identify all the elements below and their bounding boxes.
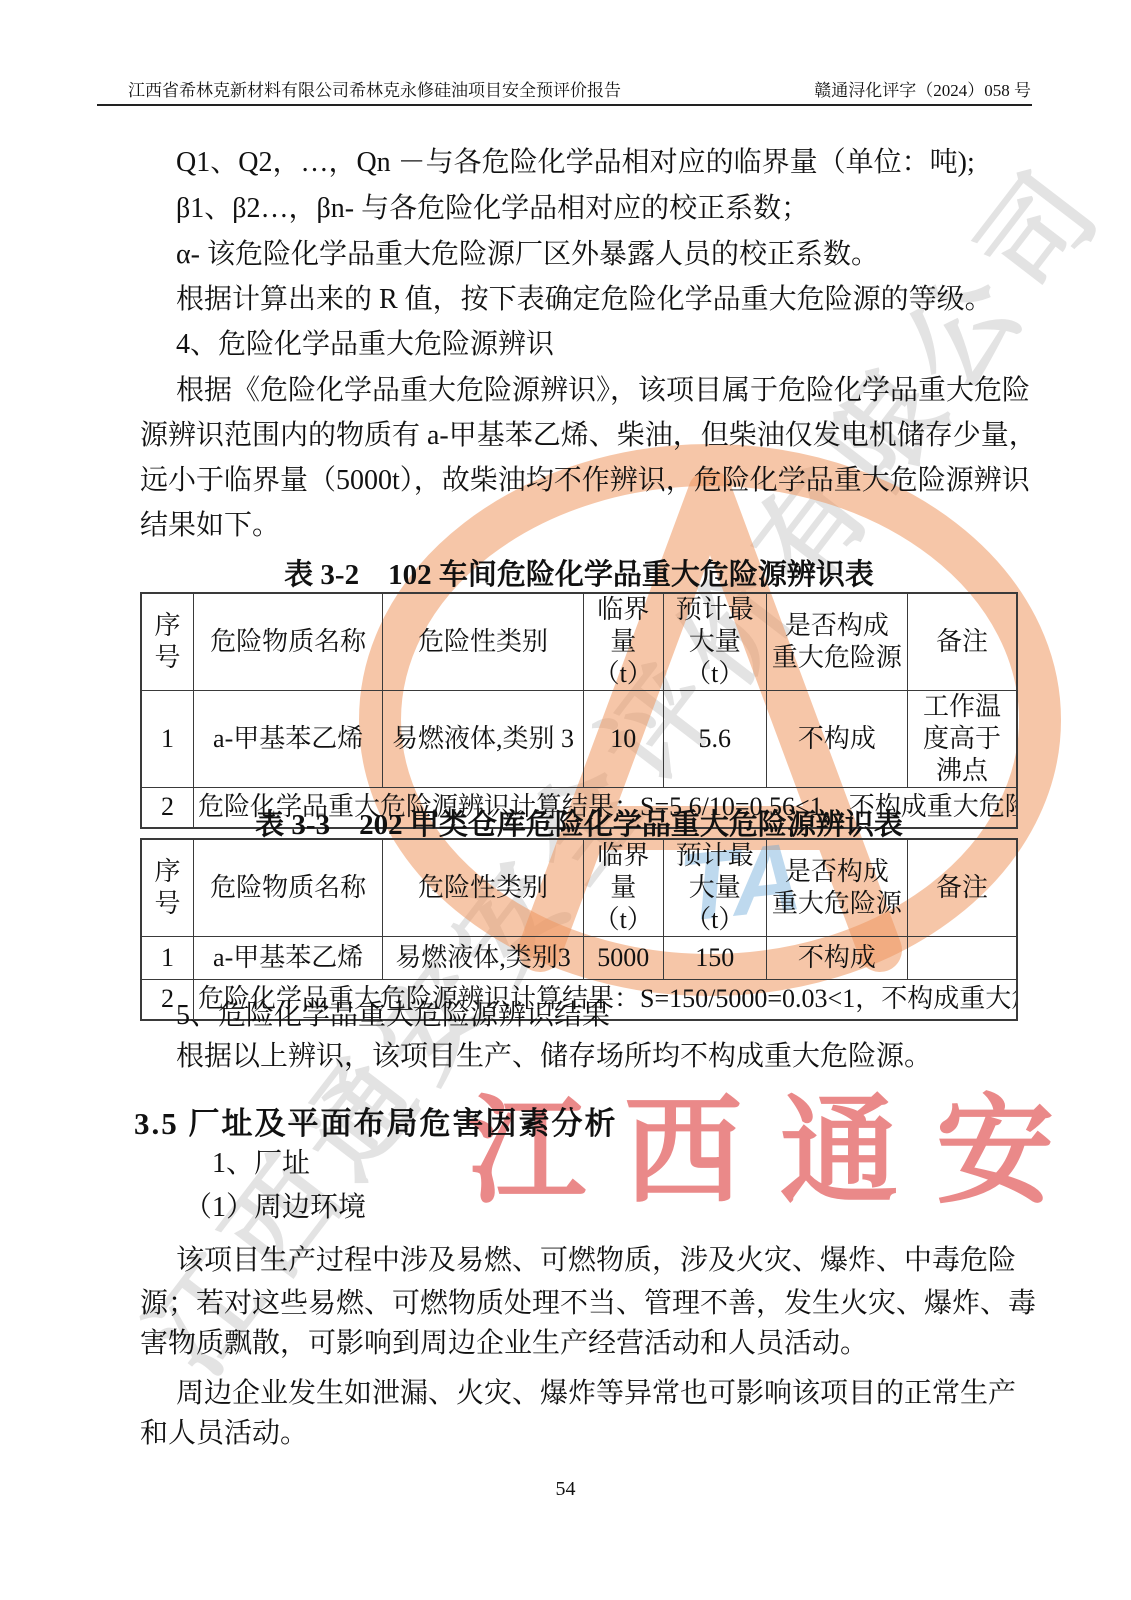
table-cell-seq: 1 xyxy=(141,691,194,788)
table-row: 序 号 危险物质名称 危险性类别 临界 量（t） 预计最 大量（t） 是否构成 … xyxy=(141,593,1017,691)
table-header-max: 预计最 大量（t） xyxy=(663,593,766,691)
body-line-para1c: 远小于临界量（5000t），故柴油均不作辨识，危险化学品重大危险源辨识 xyxy=(140,466,1030,496)
table-3-3-caption: 表 3-3 202 甲类仓库危险化学品重大危险源辨识表 xyxy=(140,802,1018,843)
table-header-critical: 临界 量（t） xyxy=(583,839,663,937)
header-left-title: 江西省希林克新材料有限公司希林克永修硅油项目安全预评价报告 xyxy=(128,76,621,101)
table-header-class: 危险性类别 xyxy=(383,593,584,691)
body-line-result: 根据以上辨识，该项目生产、储存场所均不构成重大危险源。 xyxy=(140,1042,932,1072)
section-heading-3-5: 3.5 厂址及平面布局危害因素分析 xyxy=(134,1098,618,1143)
body-line-q-definition: Q1、Q2，…，Qn －与各危险化学品相对应的临界量（单位：吨); xyxy=(140,148,975,178)
body-line-para1d: 结果如下。 xyxy=(140,511,280,541)
document-page: 江西通安安全评价有限公司 TA 江西通安 江西省希林克新材料有限公司希林克永修硅… xyxy=(0,0,1131,1600)
table-row: 序 号 危险物质名称 危险性类别 临界 量（t） 预计最 大量（t） 是否构成 … xyxy=(141,839,1017,937)
table-cell-name: a-甲基苯乙烯 xyxy=(194,691,383,788)
table-header-name: 危险物质名称 xyxy=(194,839,383,937)
table-header-name: 危险物质名称 xyxy=(194,593,383,691)
hazard-table-102: 序 号 危险物质名称 危险性类别 临界 量（t） 预计最 大量（t） 是否构成 … xyxy=(140,592,1018,829)
hazard-table-202: 序 号 危险物质名称 危险性类别 临界 量（t） 预计最 大量（t） 是否构成 … xyxy=(140,838,1018,1021)
body-line-para2c: 害物质飘散，可影响到周边企业生产经营活动和人员活动。 xyxy=(140,1329,868,1359)
body-line-r-value: 根据计算出来的 R 值，按下表确定危险化学品重大危险源的等级。 xyxy=(140,285,993,315)
page-content: 江西省希林克新材料有限公司希林克永修硅油项目安全预评价报告 赣通浔化评字（202… xyxy=(0,0,1131,1600)
table-row: 1 a-甲基苯乙烯 易燃液体,类别 3 10 5.6 不构成 工作温度高于沸点 xyxy=(141,691,1017,788)
table-cell-class: 易燃液体,类别3 xyxy=(383,937,584,980)
table-cell-seq: 1 xyxy=(141,937,194,980)
table-header-max: 预计最 大量（t） xyxy=(663,839,766,937)
table-cell-critical: 10 xyxy=(583,691,663,788)
table-cell-name: a-甲基苯乙烯 xyxy=(194,937,383,980)
body-line-para2a: 该项目生产过程中涉及易燃、可燃物质，涉及火灾、爆炸、中毒危险 xyxy=(140,1246,1016,1276)
table-cell-remark xyxy=(907,937,1017,980)
table-3-2-caption: 表 3-2 102 车间危险化学品重大危险源辨识表 xyxy=(140,552,1018,593)
table-cell-max: 5.6 xyxy=(663,691,766,788)
table-header-remark: 备注 xyxy=(907,593,1017,691)
body-line-para1a: 根据《危险化学品重大危险源辨识》，该项目属于危险化学品重大危险 xyxy=(140,376,1030,406)
body-line-para3b: 和人员活动。 xyxy=(140,1419,308,1449)
table-cell-class: 易燃液体,类别 3 xyxy=(383,691,584,788)
table-cell-major: 不构成 xyxy=(766,937,907,980)
table-header-class: 危险性类别 xyxy=(383,839,584,937)
table-header-seq: 序 号 xyxy=(141,593,194,691)
body-line-beta-definition: β1、β2…，βn- 与各危险化学品相对应的校正系数； xyxy=(140,194,809,224)
body-line-item4: 4、危险化学品重大危险源辨识 xyxy=(140,330,554,360)
header-right-code: 赣通浔化评字（2024）058 号 xyxy=(814,76,1031,101)
body-line-para2b: 源；若对这些易燃、可燃物质处理不当、管理不善，发生火灾、爆炸、毒 xyxy=(140,1289,1036,1319)
page-number: 54 xyxy=(0,1478,1131,1501)
body-line-para3a: 周边企业发生如泄漏、火灾、爆炸等异常也可影响该项目的正常生产 xyxy=(140,1379,1016,1409)
header-rule xyxy=(97,104,1032,106)
table-header-critical: 临界 量（t） xyxy=(583,593,663,691)
body-line-item5: 5、危险化学品重大危险源辨识结果 xyxy=(140,1001,610,1031)
body-line-para1b: 源辨识范围内的物质有 a-甲基苯乙烯、柴油，但柴油仅发电机储存少量， xyxy=(140,421,1037,451)
table-cell-max: 150 xyxy=(663,937,766,980)
table-header-seq: 序 号 xyxy=(141,839,194,937)
table-cell-critical: 5000 xyxy=(583,937,663,980)
body-line-site: 1、厂址 xyxy=(140,1149,310,1179)
table-cell-major: 不构成 xyxy=(766,691,907,788)
table-cell-remark: 工作温度高于沸点 xyxy=(907,691,1017,788)
table-header-major: 是否构成 重大危险源 xyxy=(766,839,907,937)
body-line-alpha-definition: α- 该危险化学品重大危险源厂区外暴露人员的校正系数。 xyxy=(140,240,879,270)
table-header-major: 是否构成 重大危险源 xyxy=(766,593,907,691)
table-header-remark: 备注 xyxy=(907,839,1017,937)
table-row: 1 a-甲基苯乙烯 易燃液体,类别3 5000 150 不构成 xyxy=(141,937,1017,980)
body-line-surrounding: （1）周边环境 xyxy=(140,1193,366,1223)
